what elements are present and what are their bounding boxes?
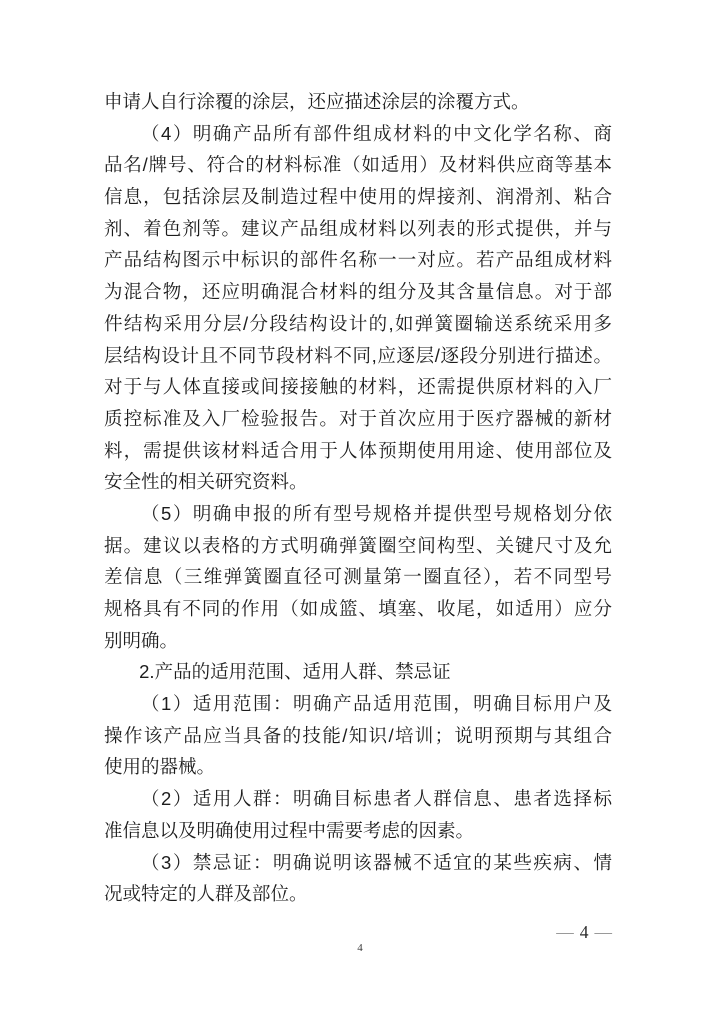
text-line: 品名/牌号、符合的材料标准（如适用）及材料供应商等基本 (104, 149, 612, 181)
text-line: （2）适用人群：明确目标患者人群信息、患者选择标 (104, 783, 612, 815)
document-page: 申请人自行涂覆的涂层，还应描述涂层的涂覆方式。（4）明确产品所有部件组成材料的中… (0, 0, 720, 1018)
text-line: 安全性的相关研究资料。 (104, 466, 612, 498)
text-line: 对于与人体直接或间接接触的材料，还需提供原材料的入厂 (104, 371, 612, 403)
text-line: 别明确。 (104, 625, 612, 657)
page-number-dash-right: — (595, 922, 613, 942)
text-line: 层结构设计且不同节段材料不同,应逐层/逐段分别进行描述。 (104, 340, 612, 372)
text-line: 为混合物，还应明确混合材料的组分及其含量信息。对于部 (104, 276, 612, 308)
text-line: 2.产品的适用范围、适用人群、禁忌证 (104, 656, 612, 688)
text-line: 产品结构图示中标识的部件名称一一对应。若产品组成材料 (104, 244, 612, 276)
text-line: （5）明确申报的所有型号规格并提供型号规格划分依 (104, 498, 612, 530)
text-line: 剂、着色剂等。建议产品组成材料以列表的形式提供，并与 (104, 213, 612, 245)
text-line: 使用的器械。 (104, 751, 612, 783)
text-line: 据。建议以表格的方式明确弹簧圈空间构型、关键尺寸及允 (104, 530, 612, 562)
text-line: （4）明确产品所有部件组成材料的中文化学名称、商 (104, 118, 612, 150)
text-line: 操作该产品应当具备的技能/知识/培训；说明预期与其组合 (104, 720, 612, 752)
text-line: 申请人自行涂覆的涂层，还应描述涂层的涂覆方式。 (104, 86, 612, 118)
page-number-value: 4 (574, 922, 595, 942)
document-body: 申请人自行涂覆的涂层，还应描述涂层的涂覆方式。（4）明确产品所有部件组成材料的中… (104, 86, 612, 910)
page-number: —4— (556, 922, 612, 942)
text-line: 件结构采用分层/分段结构设计的,如弹簧圈输送系统采用多 (104, 308, 612, 340)
text-line: 料，需提供该材料适合用于人体预期使用用途、使用部位及 (104, 435, 612, 467)
text-line: 况或特定的人群及部位。 (104, 878, 612, 910)
footer-page-number: 4 (0, 942, 720, 954)
text-line: 差信息（三维弹簧圈直径可测量第一圈直径），若不同型号 (104, 561, 612, 593)
page-number-dash-left: — (556, 922, 574, 942)
text-line: （1）适用范围：明确产品适用范围，明确目标用户及 (104, 688, 612, 720)
text-line: 规格具有不同的作用（如成篮、填塞、收尾，如适用）应分 (104, 593, 612, 625)
text-line: 信息，包括涂层及制造过程中使用的焊接剂、润滑剂、粘合 (104, 181, 612, 213)
text-line: 质控标准及入厂检验报告。对于首次应用于医疗器械的新材 (104, 403, 612, 435)
text-line: （3）禁忌证：明确说明该器械不适宜的某些疾病、情 (104, 847, 612, 879)
text-line: 准信息以及明确使用过程中需要考虑的因素。 (104, 815, 612, 847)
